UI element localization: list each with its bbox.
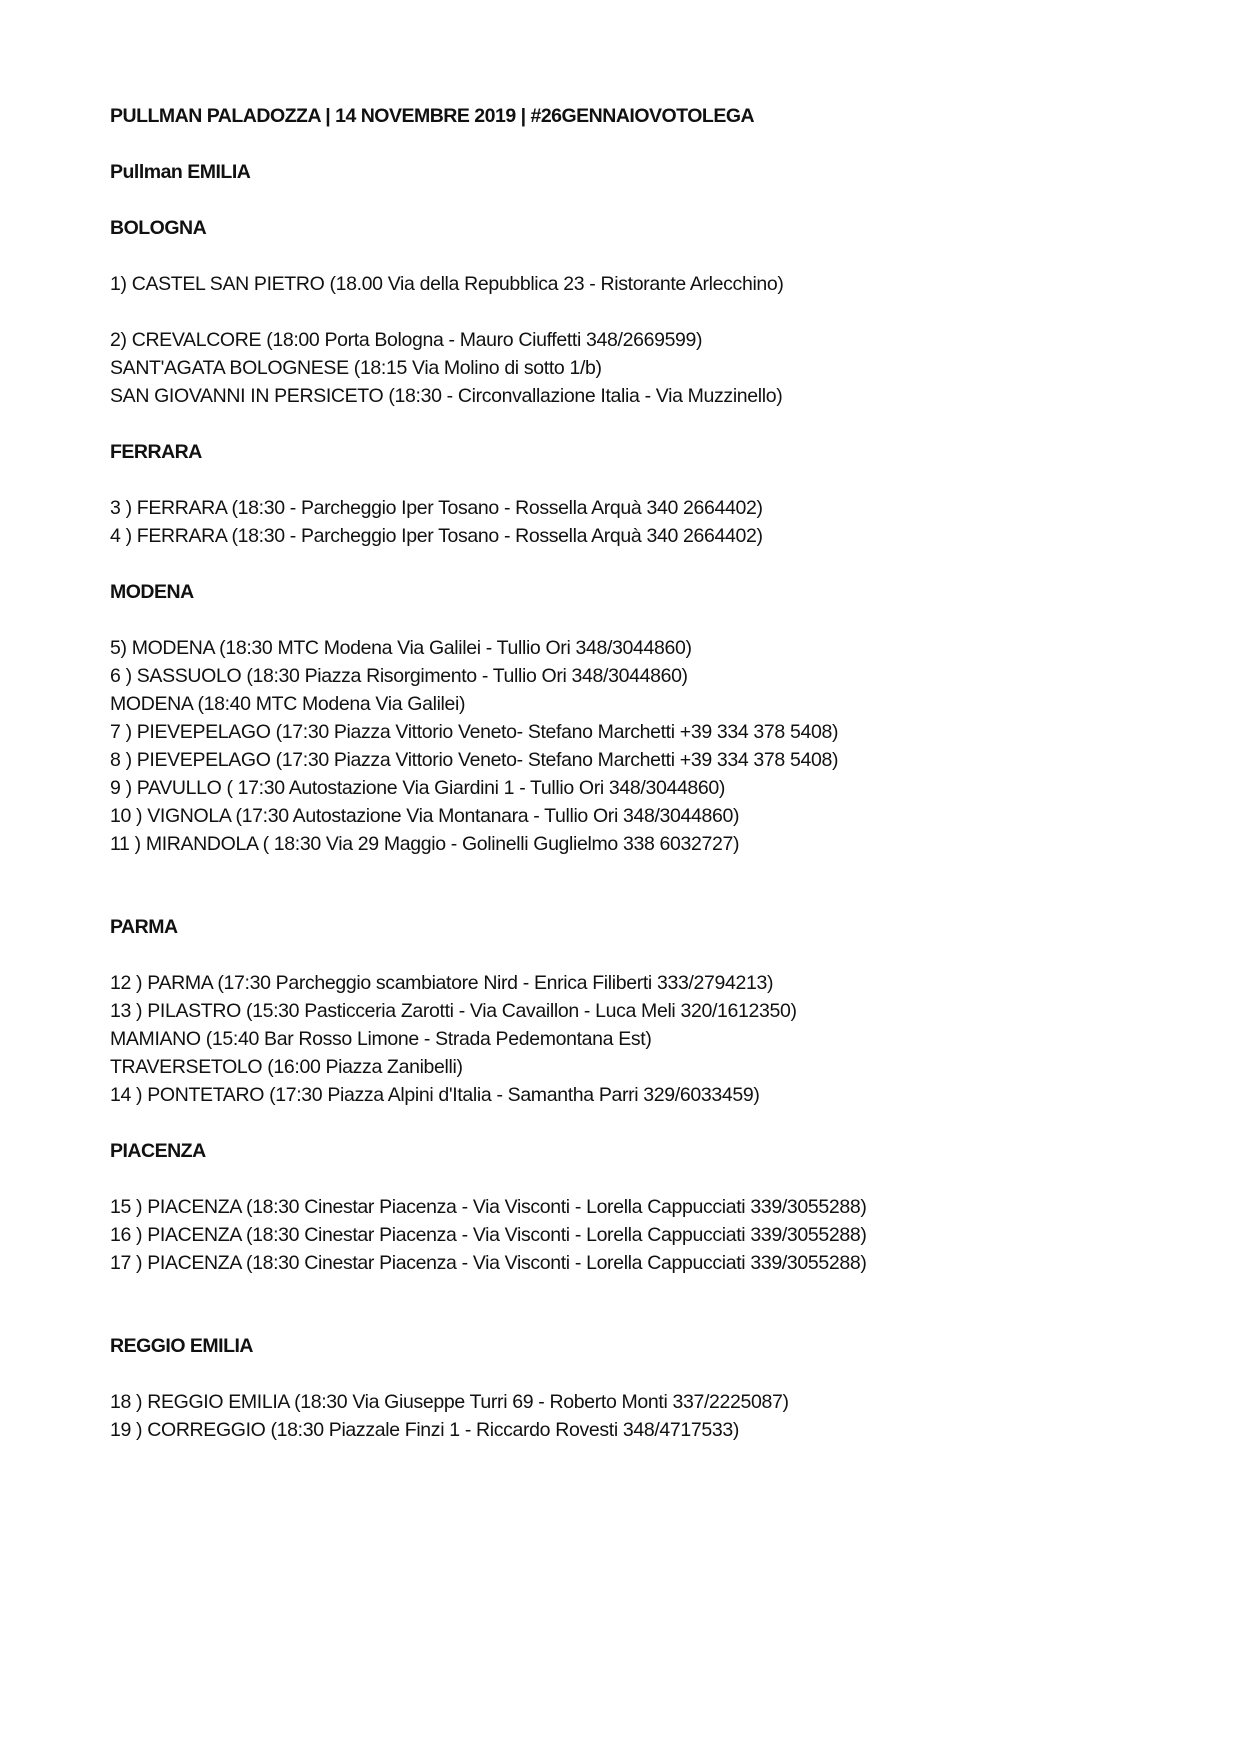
stop-line: 10 ) VIGNOLA (17:30 Autostazione Via Mon…	[110, 804, 739, 828]
document-page: PULLMAN PALADOZZA | 14 NOVEMBRE 2019 | #…	[0, 0, 1239, 1754]
section-heading-bologna: BOLOGNA	[110, 216, 206, 240]
document-subtitle: Pullman EMILIA	[110, 160, 250, 184]
stop-line: 15 ) PIACENZA (18:30 Cinestar Piacenza -…	[110, 1195, 867, 1219]
section-heading-ferrara: FERRARA	[110, 440, 202, 464]
stop-line: 4 ) FERRARA (18:30 - Parcheggio Iper Tos…	[110, 524, 763, 548]
stop-line: 7 ) PIEVEPELAGO (17:30 Piazza Vittorio V…	[110, 720, 838, 744]
section-heading-parma: PARMA	[110, 915, 178, 939]
stop-line: MODENA (18:40 MTC Modena Via Galilei)	[110, 692, 465, 716]
section-heading-reggio-emilia: REGGIO EMILIA	[110, 1334, 253, 1358]
stop-line: TRAVERSETOLO (16:00 Piazza Zanibelli)	[110, 1055, 463, 1079]
document-title: PULLMAN PALADOZZA | 14 NOVEMBRE 2019 | #…	[110, 104, 754, 128]
stop-line: 3 ) FERRARA (18:30 - Parcheggio Iper Tos…	[110, 496, 763, 520]
stop-line: 12 ) PARMA (17:30 Parcheggio scambiatore…	[110, 971, 773, 995]
section-heading-modena: MODENA	[110, 580, 194, 604]
stop-line: 13 ) PILASTRO (15:30 Pasticceria Zarotti…	[110, 999, 797, 1023]
stop-line: SANT'AGATA BOLOGNESE (18:15 Via Molino d…	[110, 356, 602, 380]
stop-line: 1) CASTEL SAN PIETRO (18.00 Via della Re…	[110, 272, 784, 296]
stop-line: 14 ) PONTETARO (17:30 Piazza Alpini d'It…	[110, 1083, 759, 1107]
stop-line: 8 ) PIEVEPELAGO (17:30 Piazza Vittorio V…	[110, 748, 838, 772]
section-heading-piacenza: PIACENZA	[110, 1139, 206, 1163]
stop-line: 17 ) PIACENZA (18:30 Cinestar Piacenza -…	[110, 1251, 867, 1275]
stop-line: 16 ) PIACENZA (18:30 Cinestar Piacenza -…	[110, 1223, 867, 1247]
stop-line: 2) CREVALCORE (18:00 Porta Bologna - Mau…	[110, 328, 702, 352]
stop-line: MAMIANO (15:40 Bar Rosso Limone - Strada…	[110, 1027, 651, 1051]
stop-line: 9 ) PAVULLO ( 17:30 Autostazione Via Gia…	[110, 776, 725, 800]
stop-line: 19 ) CORREGGIO (18:30 Piazzale Finzi 1 -…	[110, 1418, 739, 1442]
stop-line: 11 ) MIRANDOLA ( 18:30 Via 29 Maggio - G…	[110, 832, 739, 856]
stop-line: SAN GIOVANNI IN PERSICETO (18:30 - Circo…	[110, 384, 782, 408]
stop-line: 18 ) REGGIO EMILIA (18:30 Via Giuseppe T…	[110, 1390, 789, 1414]
stop-line: 6 ) SASSUOLO (18:30 Piazza Risorgimento …	[110, 664, 688, 688]
stop-line: 5) MODENA (18:30 MTC Modena Via Galilei …	[110, 636, 692, 660]
